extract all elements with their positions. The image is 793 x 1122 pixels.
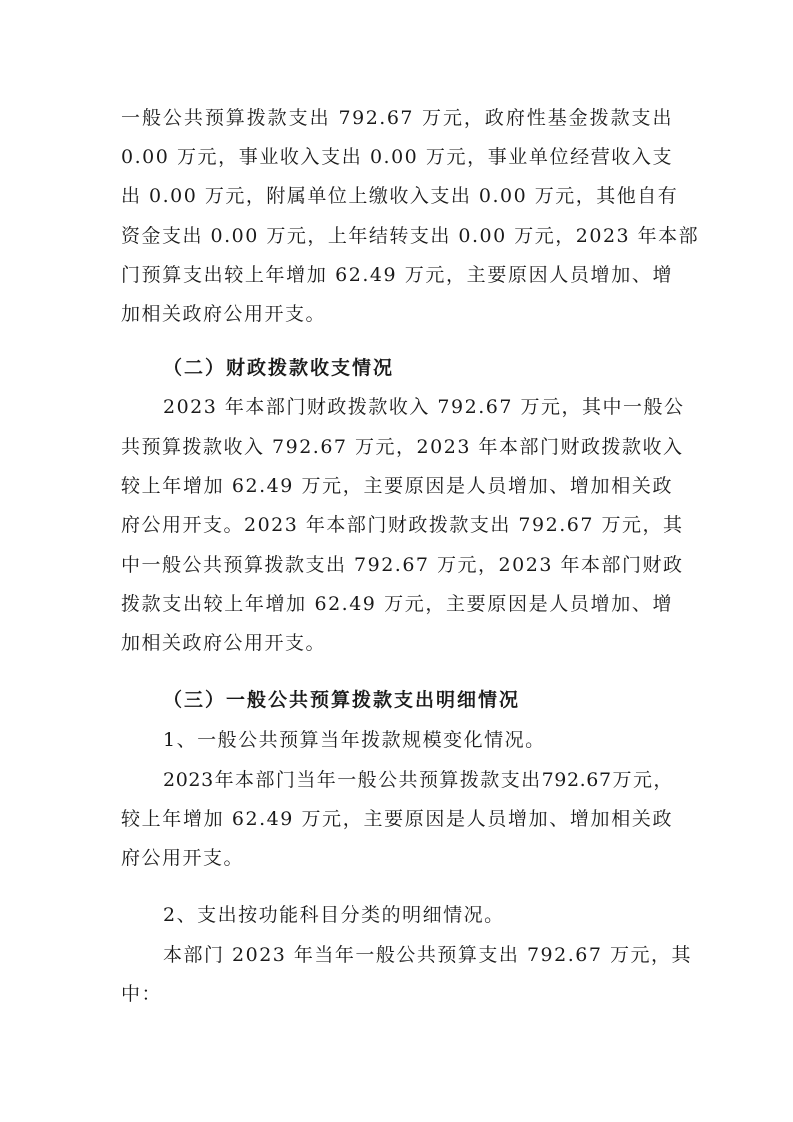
paragraph-line: 出 0.00 万元，附属单位上缴收入支出 0.00 万元，其他自有 [121,183,673,209]
paragraph-line: 0.00 万元，事业收入支出 0.00 万元，事业单位经营收入支 [121,144,673,170]
paragraph-line: 中一般公共预算拨款支出 792.67 万元，2023 年本部门财政 [121,552,673,578]
section-heading-2: （二）财政拨款收支情况 [163,355,394,381]
paragraph-line: 较上年增加 62.49 万元，主要原因是人员增加、增加相关政 [121,473,673,499]
paragraph-line: 中： [121,981,673,1007]
paragraph-line: 2023 年本部门财政拨款收入 792.67 万元，其中一般公 [163,394,673,420]
paragraph-line: 资金支出 0.00 万元，上年结转支出 0.00 万元，2023 年本部 [121,223,673,249]
paragraph-line: 府公用开支。2023 年本部门财政拨款支出 792.67 万元，其 [121,512,673,538]
document-page: 一般公共预算拨款支出 792.67 万元，政府性基金拨款支出 0.00 万元，事… [0,0,793,1122]
paragraph-line: 2023年本部门当年一般公共预算拨款支出792.67万元， [163,767,673,793]
paragraph-line: 加相关政府公用开支。 [121,630,673,656]
item-title-2: 2、支出按功能科目分类的明细情况。 [163,902,673,928]
item-title-1: 1、一般公共预算当年拨款规模变化情况。 [163,727,673,753]
paragraph-line: 府公用开支。 [121,845,673,871]
paragraph-line: 一般公共预算拨款支出 792.67 万元，政府性基金拨款支出 [121,105,673,131]
paragraph-line: 较上年增加 62.49 万元，主要原因是人员增加、增加相关政 [121,806,673,832]
paragraph-line: 门预算支出较上年增加 62.49 万元，主要原因人员增加、增 [121,262,673,288]
paragraph-line: 本部门 2023 年当年一般公共预算支出 792.67 万元，其 [163,942,673,968]
section-heading-3: （三）一般公共预算拨款支出明细情况 [163,687,520,713]
paragraph-line: 拨款支出较上年增加 62.49 万元，主要原因是人员增加、增 [121,591,673,617]
paragraph-line: 共预算拨款收入 792.67 万元，2023 年本部门财政拨款收入 [121,434,673,460]
paragraph-line: 加相关政府公用开支。 [121,301,673,327]
